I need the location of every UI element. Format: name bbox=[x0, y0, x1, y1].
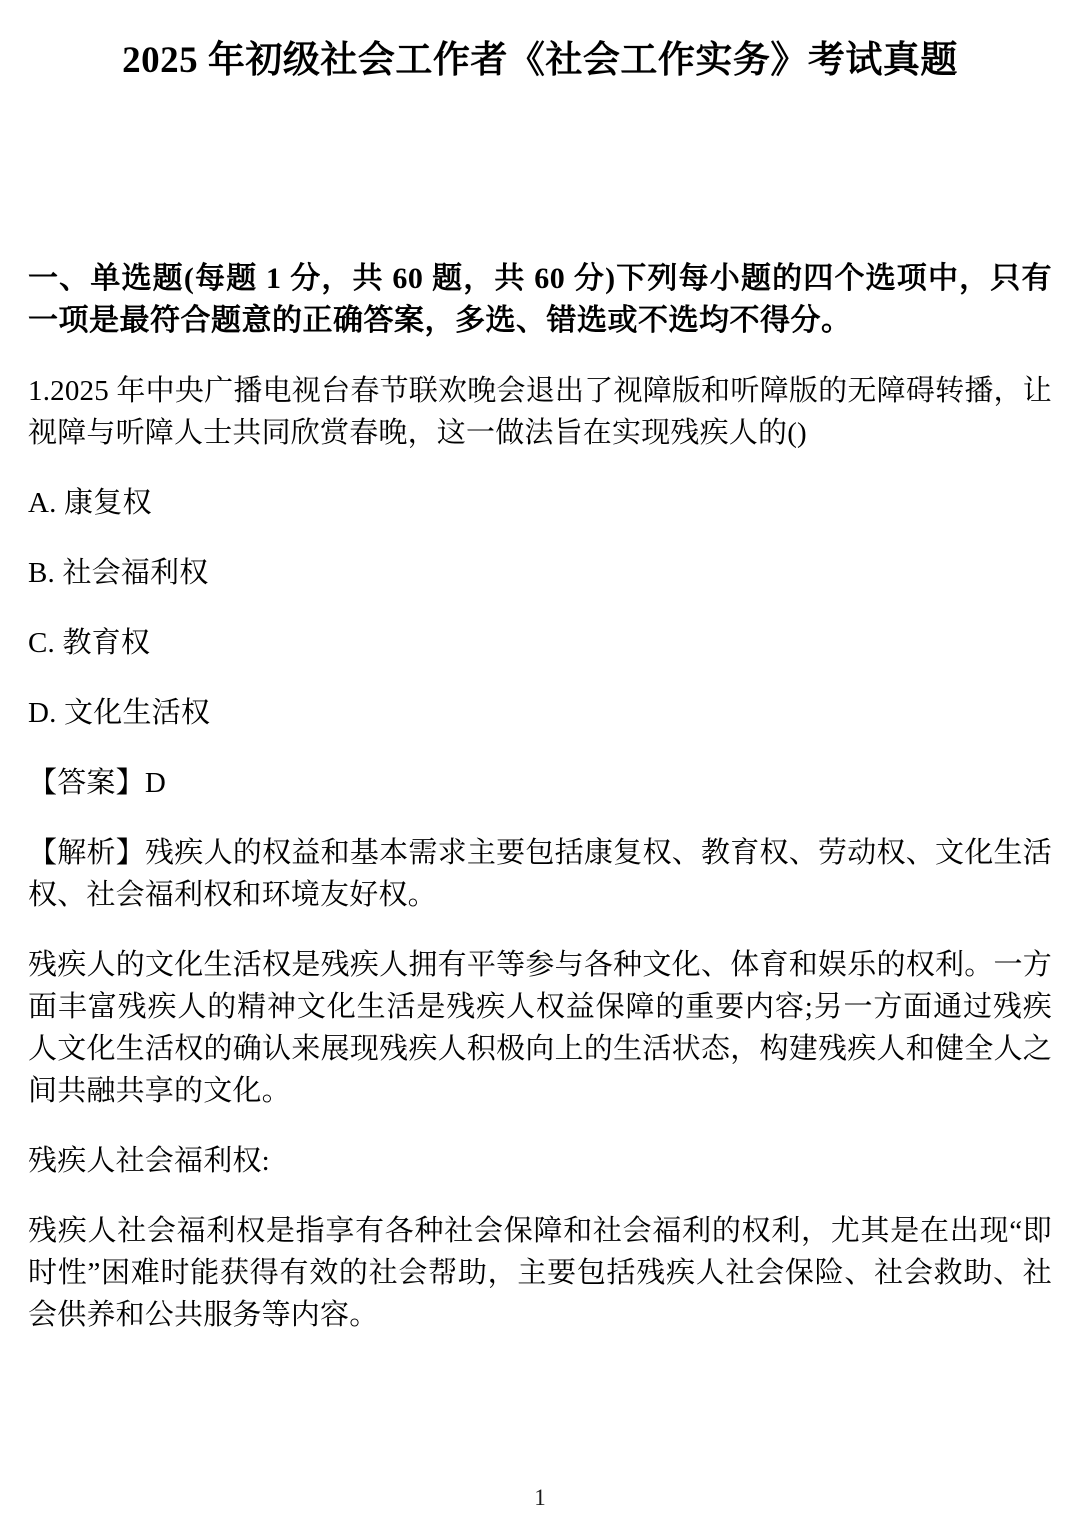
question-text: 1.2025 年中央广播电视台春节联欢晚会退出了视障版和听障版的无障碍转播，让视… bbox=[28, 370, 1052, 454]
document-page: 2025 年初级社会工作者《社会工作实务》考试真题 一、单选题(每题 1 分，共… bbox=[0, 0, 1080, 1527]
analysis-label: 【解析】 bbox=[28, 837, 145, 869]
answer-label: 【答案】 bbox=[28, 767, 145, 799]
page-title: 2025 年初级社会工作者《社会工作实务》考试真题 bbox=[28, 36, 1052, 86]
explanation-paragraph-2: 残疾人社会福利权: bbox=[28, 1140, 1052, 1182]
page-footer: 1 bbox=[0, 1485, 1080, 1511]
section-heading: 一、单选题(每题 1 分，共 60 题，共 60 分)下列每小题的四个选项中，只… bbox=[28, 258, 1052, 342]
explanation-paragraph-1: 残疾人的文化生活权是残疾人拥有平等参与各种文化、体育和娱乐的权利。一方面丰富残疾… bbox=[28, 944, 1052, 1112]
explanation-paragraph-3: 残疾人社会福利权是指享有各种社会保障和社会福利的权利，尤其是在出现“即时性”困难… bbox=[28, 1210, 1052, 1336]
option-c: C. 教育权 bbox=[28, 622, 1052, 664]
analysis-line: 【解析】残疾人的权益和基本需求主要包括康复权、教育权、劳动权、文化生活权、社会福… bbox=[28, 832, 1052, 916]
answer-value: D bbox=[145, 767, 166, 799]
question-section: 一、单选题(每题 1 分，共 60 题，共 60 分)下列每小题的四个选项中，只… bbox=[28, 258, 1052, 1336]
analysis-text: 残疾人的权益和基本需求主要包括康复权、教育权、劳动权、文化生活权、社会福利权和环… bbox=[28, 837, 1052, 911]
answer-line: 【答案】D bbox=[28, 762, 1052, 804]
option-a: A. 康复权 bbox=[28, 482, 1052, 524]
option-b: B. 社会福利权 bbox=[28, 552, 1052, 594]
page-number: 1 bbox=[534, 1485, 546, 1510]
option-d: D. 文化生活权 bbox=[28, 692, 1052, 734]
